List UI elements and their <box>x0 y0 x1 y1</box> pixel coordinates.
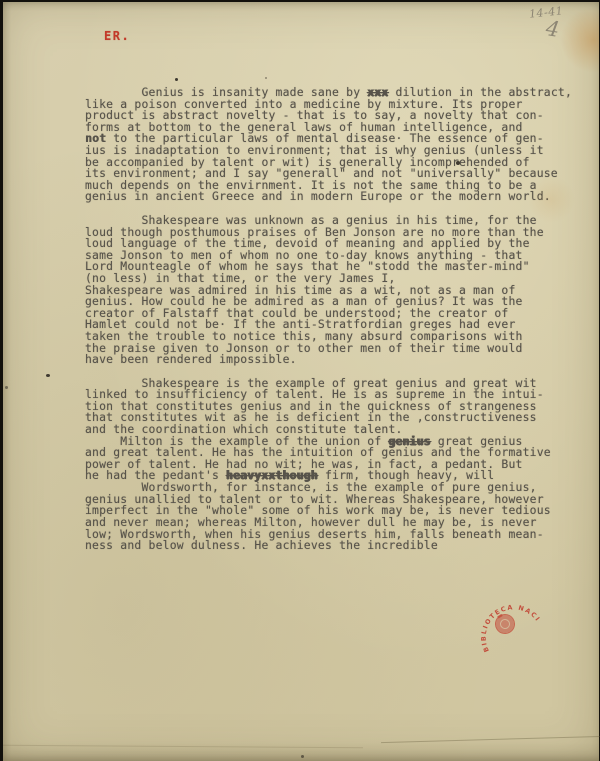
paragraph: Genius is insanity made sane by xxx dilu… <box>85 87 560 203</box>
ink-speck <box>301 755 304 758</box>
typed-line: have been rendered impossible. <box>85 354 560 366</box>
paragraph: Shakespeare was unknown as a genius in h… <box>85 215 560 366</box>
typed-text-segment: have been rendered impossible. <box>85 352 297 366</box>
paper-crease <box>3 745 363 749</box>
paragraph: Milton is the example of the union of ge… <box>85 436 560 482</box>
handwritten-page-number: 4 <box>544 16 561 42</box>
stamp-graphic: BIBLIOTECA NACIONAL <box>454 576 557 673</box>
ink-speck <box>46 374 50 377</box>
paper-sheet: ER. 14-41 4 Genius is insanity made sane… <box>3 2 599 761</box>
paragraph: Wordsworth, for instance, is the example… <box>85 482 560 552</box>
library-stamp: BIBLIOTECA NACIONAL <box>454 576 557 673</box>
typed-text-segment: ness and below dulness. He achieves the … <box>85 538 438 552</box>
typed-initials: ER. <box>104 29 130 43</box>
paragraph: Shakespeare is the example of great geni… <box>85 378 560 436</box>
ink-speck <box>5 386 8 389</box>
paper-crease <box>381 736 600 743</box>
typed-line: ness and below dulness. He achieves the … <box>85 540 560 552</box>
typed-text-segment: genius in ancient Greece and in modern E… <box>85 189 551 203</box>
ink-speck <box>265 77 267 79</box>
scanned-page-photo: ER. 14-41 4 Genius is insanity made sane… <box>0 0 600 761</box>
typed-line: genius in ancient Greece and in modern E… <box>85 191 560 203</box>
ink-speck <box>175 78 178 81</box>
typed-text: Genius is insanity made sane by xxx dilu… <box>85 87 560 552</box>
